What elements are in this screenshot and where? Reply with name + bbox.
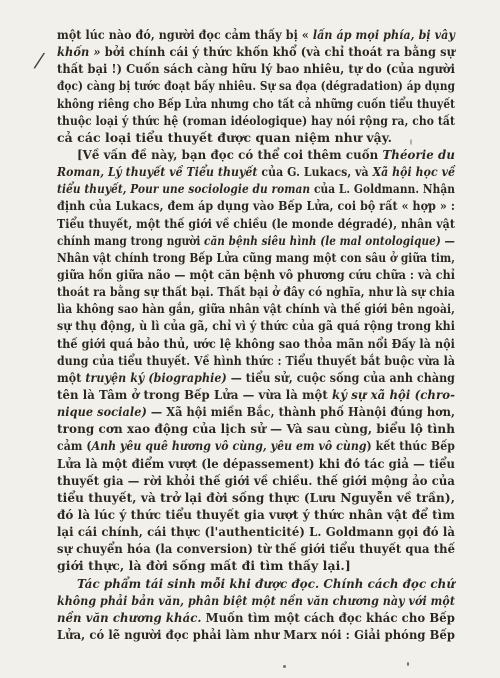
text-segment: sự chuyển hóa (la conversion) từ thế giớ…: [57, 541, 455, 556]
scan-speck: [410, 139, 412, 145]
text-line: lại cái chính, cái thực (l'authenticité)…: [57, 523, 455, 540]
text-segment: tiểu thuyết, và trở lại đời sống thực (L…: [57, 490, 455, 505]
text-line: trong cơn xao động của lịch sử — Và sau …: [57, 420, 455, 437]
text-line: thuộc loại ý thức hệ (roman idéologique)…: [57, 112, 455, 129]
text-line: chính mang trong người căn bệnh siêu hìn…: [57, 232, 455, 249]
text-segment: trong cơn xao động của lịch sử — Và sau …: [57, 421, 455, 436]
text-line: Lửa, có lẽ người đọc phải làm như Marx n…: [57, 626, 455, 643]
italic-text-segment: không phải bản văn, phân biệt một nền vă…: [57, 593, 455, 608]
text-segment: cả các loại tiểu thuyết được quan niệm n…: [57, 130, 392, 145]
text-line: tiểu thuyết, Pour une sociologie du roma…: [57, 180, 455, 197]
text-segment: —: [441, 233, 455, 248]
text-segment: thoát ra bằng sự thất bại. Thất bại ở đâ…: [57, 284, 455, 299]
text-segment: — tiểu sử, cuộc sống của anh chàng: [227, 370, 455, 385]
text-segment: Lửa, có lẽ người đọc phải làm như Marx n…: [57, 627, 455, 642]
scan-speck: [283, 665, 286, 668]
text-line: thoát ra bằng sự thất bại. Thất bại ở đâ…: [57, 283, 455, 300]
text-line: thuyết gia — rời khỏi thế giới về chiều.…: [57, 472, 455, 489]
text-segment: chính mang trong người: [57, 233, 204, 248]
text-line: cả các loại tiểu thuyết được quan niệm n…: [57, 129, 455, 146]
text-segment: một: [57, 370, 85, 385]
text-line: sự thụ động, ù lì của gã, chỉ vì ý thức …: [57, 317, 455, 334]
text-segment: của G. Lukacs, và: [258, 164, 373, 179]
text-segment: [Về vấn đề này, bạn đọc có thể coi thêm …: [77, 147, 382, 162]
text-segment: thế giới quá bảo thủ, ước lệ không sao t…: [57, 336, 455, 351]
text-segment: Nhân vật chính trong Bếp Lửa cũng mang m…: [57, 250, 455, 265]
italic-text-segment: ký sự xã hội (chro-: [332, 387, 455, 402]
text-segment: thuyết gia — rời khỏi thế giới về chiều.…: [57, 473, 455, 488]
italic-text-segment: Xã hội học về: [373, 164, 455, 179]
text-segment: đọc) càng bị tước đoạt bấy nhiêu. Sự sa …: [57, 78, 455, 93]
text-line: nique sociale) — Xã hội miền Bắc, thành …: [57, 403, 455, 420]
page-text: một lúc nào đó, người đọc cảm thấy bị « …: [57, 26, 455, 643]
text-line: thế giới quá bảo thủ, ước lệ không sao t…: [57, 335, 455, 352]
text-segment: cảm (: [57, 438, 92, 453]
scan-speck: [407, 662, 409, 666]
text-line: thất bại !) Cuốn sách càng hữu lý bao nh…: [57, 60, 455, 77]
italic-text-segment: khốn »: [57, 44, 101, 59]
italic-text-segment: nique sociale): [57, 404, 147, 419]
text-segment: Lửa là một điểm vượt (le dépassement) kh…: [57, 456, 455, 471]
text-segment: thuộc loại ý thức hệ (roman idéologique)…: [57, 113, 455, 128]
text-line: Nhân vật chính trong Bếp Lửa cũng mang m…: [57, 249, 455, 266]
text-segment: giữa hồn giữa não — một căn bệnh vô phươ…: [57, 267, 455, 282]
text-line: tên là Tâm ở trong Bếp Lửa — vừa là một …: [57, 386, 455, 403]
text-segment: ) kết thúc Bếp: [367, 438, 455, 453]
text-line: Lửa là một điểm vượt (le dépassement) kh…: [57, 455, 455, 472]
text-line: không phải bản văn, phân biệt một nền vă…: [57, 592, 455, 609]
text-segment: Tiểu thuyết, một thế giới về chiều (le m…: [57, 216, 455, 231]
italic-text-segment: nền văn chương khác.: [57, 610, 202, 625]
text-segment: thất bại !) Cuốn sách càng hữu lý bao nh…: [57, 61, 455, 76]
text-line: đó là lúc ý thức tiểu thuyết gia vượt ý …: [57, 506, 455, 523]
text-line: nền văn chương khác. Muốn tìm một cách đ…: [57, 609, 455, 626]
text-segment: dung của tiểu thuyết. Về hình thức : Tiể…: [57, 353, 455, 368]
text-line: một lúc nào đó, người đọc cảm thấy bị « …: [57, 26, 455, 43]
text-line: không riêng cho Bếp Lửa nhưng cho tất cả…: [57, 95, 455, 112]
text-line: giới thực, là đời sống mất đi tìm thấy l…: [57, 557, 455, 574]
text-line: dung của tiểu thuyết. Về hình thức : Tiể…: [57, 352, 455, 369]
text-line: định của Lukacs, đem áp dụng vào Bếp Lửa…: [57, 197, 455, 214]
text-line: đọc) càng bị tước đoạt bấy nhiêu. Sự sa …: [57, 77, 455, 94]
text-segment: Muốn tìm một cách đọc khác cho Bếp: [202, 610, 455, 625]
italic-text-segment: Roman, Lý thuyết về Tiểu thuyết: [57, 164, 258, 179]
italic-text-segment: Tác phẩm tái sinh mỗi khi được đọc. Chín…: [77, 576, 455, 591]
text-segment: đó là lúc ý thức tiểu thuyết gia vượt ý …: [57, 507, 455, 522]
scanned-book-page: / một lúc nào đó, người đọc cảm thấy bị …: [0, 0, 500, 678]
text-line: Tiểu thuyết, một thế giới về chiều (le m…: [57, 215, 455, 232]
text-line: một truyện ký (biographie) — tiểu sử, cu…: [57, 369, 455, 386]
text-line: sự chuyển hóa (la conversion) từ thế giớ…: [57, 540, 455, 557]
text-line: Tác phẩm tái sinh mỗi khi được đọc. Chín…: [57, 575, 455, 592]
italic-text-segment: truyện ký (biographie): [85, 370, 226, 385]
italic-text-segment: căn bệnh siêu hình (le mal ontologique): [204, 233, 441, 248]
italic-text-segment: Théorie du: [382, 147, 455, 162]
text-line: tiểu thuyết, và trở lại đời sống thực (L…: [57, 489, 455, 506]
text-line: giữa hồn giữa não — một căn bệnh vô phươ…: [57, 266, 455, 283]
text-segment: định của Lukacs, đem áp dụng vào Bếp Lửa…: [57, 198, 455, 213]
handwritten-margin-mark: /: [35, 48, 44, 73]
text-line: lìa không sao hàn gắn, giữa nhân vật chí…: [57, 300, 455, 317]
text-line: [Về vấn đề này, bạn đọc có thể coi thêm …: [57, 146, 455, 163]
text-segment: của L. Goldmann. Nhận: [310, 181, 455, 196]
text-line: cảm (Anh yêu quê hương vô cùng, yêu em v…: [57, 437, 455, 454]
italic-text-segment: tiểu thuyết, Pour une sociologie du roma…: [57, 181, 310, 196]
text-segment: lìa không sao hàn gắn, giữa nhân vật chí…: [57, 301, 455, 316]
italic-text-segment: Anh yêu quê hương vô cùng, yêu em vô cùn…: [92, 438, 367, 453]
text-segment: sự thụ động, ù lì của gã, chỉ vì ý thức …: [57, 318, 455, 333]
text-line: khốn » bởi chính cái ý thức khốn khổ (và…: [57, 43, 455, 60]
text-line: Roman, Lý thuyết về Tiểu thuyết của G. L…: [57, 163, 455, 180]
italic-text-segment: lấn áp mọi phía, bị vây: [313, 27, 455, 42]
text-segment: không riêng cho Bếp Lửa nhưng cho tất cả…: [57, 96, 455, 111]
text-segment: bởi chính cái ý thức khốn khổ (và chỉ th…: [101, 44, 455, 59]
text-segment: một lúc nào đó, người đọc cảm thấy bị «: [57, 27, 313, 42]
text-segment: tên là Tâm ở trong Bếp Lửa — vừa là một: [57, 387, 332, 402]
text-segment: lại cái chính, cái thực (l'authenticité)…: [57, 524, 455, 539]
text-segment: giới thực, là đời sống mất đi tìm thấy l…: [57, 558, 351, 573]
text-segment: — Xã hội miền Bắc, thành phố Hànội đúng …: [147, 404, 455, 419]
